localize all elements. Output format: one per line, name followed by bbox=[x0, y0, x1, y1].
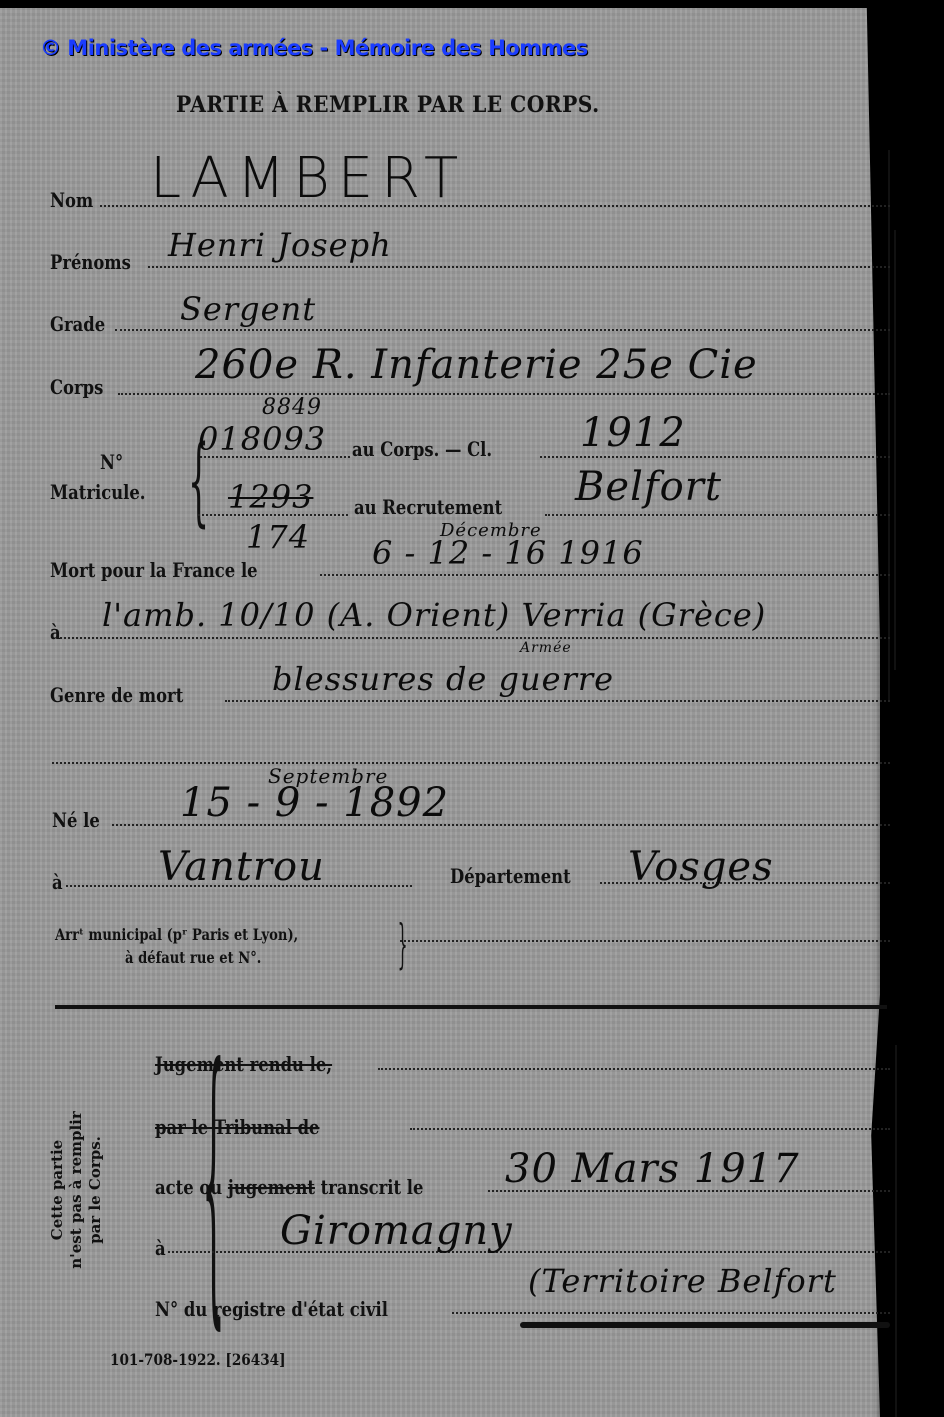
genre-mort-value[interactable]: blessures de guerre bbox=[272, 660, 614, 698]
grade-value[interactable]: Sergent bbox=[180, 290, 316, 328]
nom-value[interactable]: LAMBERT bbox=[150, 146, 466, 211]
prenoms-line bbox=[148, 266, 890, 268]
classe-value[interactable]: 1912 bbox=[580, 410, 686, 456]
matricule-recrutement-correction: 174 bbox=[246, 518, 310, 556]
ne-le-value[interactable]: 15 - 9 - 1892 bbox=[180, 780, 449, 826]
mort-date-value[interactable]: 6 - 12 - 16 1916 bbox=[372, 534, 644, 572]
scan-edge bbox=[874, 0, 944, 1417]
arrondissement-line bbox=[400, 940, 890, 942]
no-label: N° bbox=[100, 450, 123, 474]
transcrit-struck: jugement bbox=[228, 1175, 315, 1199]
lieu-mort-label: à bbox=[50, 620, 61, 644]
corps-line bbox=[118, 393, 890, 395]
copyright-watermark: © Ministère des armées - Mémoire des Hom… bbox=[40, 36, 588, 60]
tribunal-label: par le Tribunal de bbox=[155, 1115, 319, 1139]
lieu-mort-line bbox=[60, 637, 890, 639]
lieu-transcrit-label: à bbox=[155, 1236, 166, 1260]
prenoms-label: Prénoms bbox=[50, 250, 131, 274]
side-note-line-3: par le Corps. bbox=[86, 1060, 105, 1320]
lieu-mort-value[interactable]: l'amb. 10/10 (A. Orient) Verria (Grèce) bbox=[102, 596, 766, 634]
side-note-line-2: n'est pas à remplir bbox=[67, 1060, 86, 1320]
recrutement-place-value[interactable]: Belfort bbox=[575, 464, 722, 510]
nom-label: Nom bbox=[50, 188, 93, 212]
border-line bbox=[888, 150, 890, 700]
prenoms-value[interactable]: Henri Joseph bbox=[168, 226, 392, 264]
lieu-transcrit-value[interactable]: Giromagny bbox=[280, 1208, 513, 1254]
ne-a-value[interactable]: Vantrou bbox=[158, 844, 325, 890]
corps-label: Corps bbox=[50, 375, 103, 399]
ne-le-label: Né le bbox=[52, 808, 100, 832]
registre-label: N° du registre d'état civil bbox=[155, 1297, 388, 1321]
arrondissement-label-2: à défaut rue et N°. bbox=[125, 948, 261, 967]
matricule-label: Matricule. bbox=[50, 480, 146, 504]
matricule-recrutement-value[interactable]: 1293 bbox=[228, 478, 313, 516]
transcrit-value[interactable]: 30 Mars 1917 bbox=[505, 1146, 800, 1192]
arrondissement-label-1: Arrᵗ municipal (pʳ Paris et Lyon), bbox=[55, 925, 298, 944]
departement-value[interactable]: Vosges bbox=[628, 844, 774, 890]
border-line bbox=[894, 230, 896, 670]
au-recrutement-label: au Recrutement bbox=[354, 495, 502, 519]
border-line bbox=[895, 1045, 897, 1417]
document-card bbox=[0, 8, 880, 1417]
mort-line bbox=[320, 574, 890, 576]
registre-underline bbox=[520, 1322, 890, 1328]
lieu-transcrit-line bbox=[168, 1251, 890, 1253]
matricule-corps-correction: 8849 bbox=[262, 395, 322, 420]
registre-line bbox=[452, 1312, 890, 1314]
tribunal-line bbox=[410, 1128, 890, 1130]
transcrit-suffix: transcrit le bbox=[315, 1175, 424, 1199]
section-divider bbox=[55, 1005, 887, 1009]
arrondissement-brace: } bbox=[398, 915, 408, 975]
transcrit-prefix: acte ou bbox=[155, 1175, 228, 1199]
side-note-line-1: Cette partie bbox=[48, 1060, 67, 1320]
matricule-corps-value[interactable]: 018093 bbox=[198, 420, 326, 458]
grade-label: Grade bbox=[50, 312, 105, 336]
departement-label: Département bbox=[450, 864, 571, 888]
classe-line bbox=[540, 456, 890, 458]
form-reference: 101-708-1922. [26434] bbox=[110, 1350, 286, 1369]
grade-line bbox=[115, 329, 890, 331]
genre-mort-label: Genre de mort bbox=[50, 683, 183, 707]
transcrit-label: acte ou jugement transcrit le bbox=[155, 1175, 423, 1199]
jugement-label: Jugement rendu le, bbox=[155, 1052, 332, 1076]
genre-mort-line bbox=[225, 700, 890, 702]
registre-value[interactable]: (Territoire Belfort bbox=[528, 1262, 837, 1300]
mort-label: Mort pour la France le bbox=[50, 558, 258, 582]
side-note: Cette partie n'est pas à remplir par le … bbox=[48, 1060, 105, 1320]
corps-value[interactable]: 260e R. Infanterie 25e Cie bbox=[195, 342, 758, 388]
ne-a-label: à bbox=[52, 870, 63, 894]
form-title: PARTIE À REMPLIR PAR LE CORPS. bbox=[176, 92, 600, 118]
lieu-mort-note: Armée bbox=[520, 640, 572, 656]
jugement-line bbox=[378, 1068, 890, 1070]
recrutement-line bbox=[545, 514, 890, 516]
au-corps-label: au Corps. — Cl. bbox=[352, 437, 492, 461]
blank-line bbox=[52, 762, 890, 764]
